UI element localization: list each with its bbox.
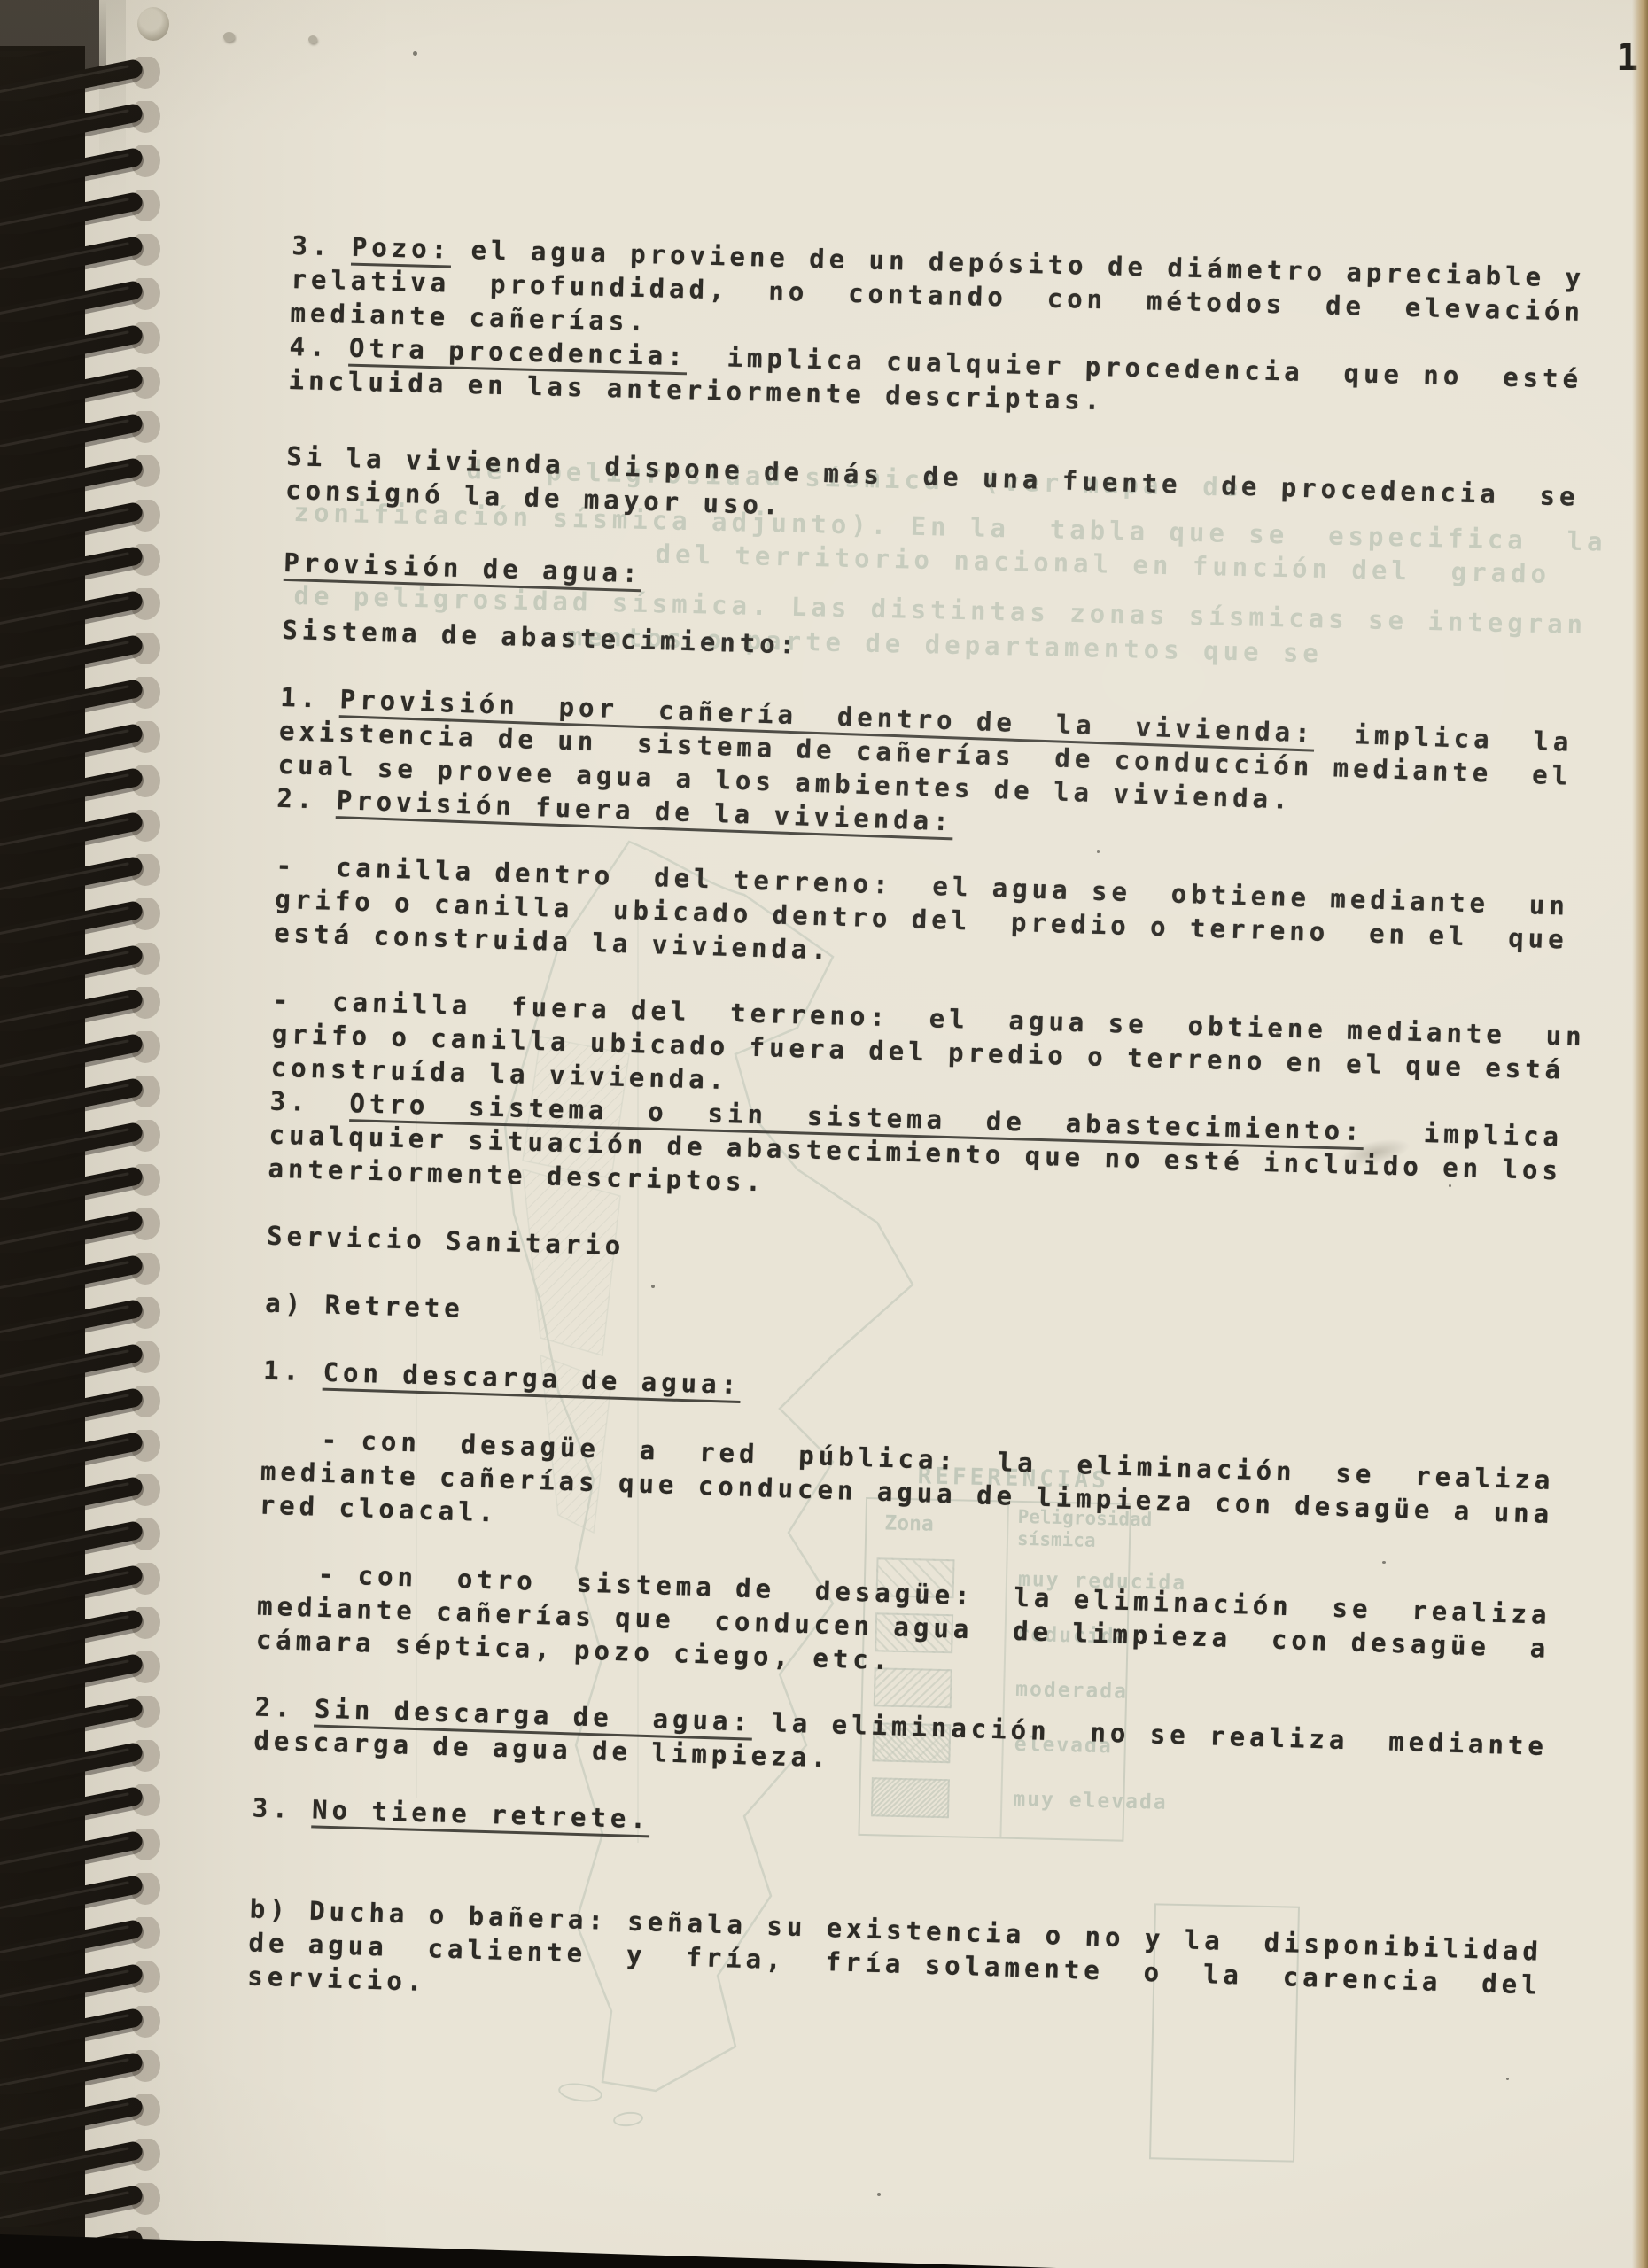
paragraph-pozo: 3. Pozo: el agua proviene de un depósito… — [288, 229, 1638, 431]
paragraph-canilla-fuera: - canilla fuera del terreno: el agua se … — [268, 983, 1620, 1223]
paragraph-desague-red-publica: - con desagüe a red pública: la eliminac… — [259, 1421, 1608, 1566]
ink-speck — [1097, 850, 1100, 853]
paragraph-ducha-banera: b) Ducha o bañera: señala su existencia … — [247, 1891, 1597, 2037]
ink-speck — [1506, 2078, 1509, 2080]
ink-speck — [413, 51, 417, 56]
paragraph-canilla-dentro: - canilla dentro del terreno: el agua se… — [274, 849, 1623, 992]
ink-speck — [651, 1285, 655, 1288]
ink-speck — [877, 2193, 881, 2196]
spiral-binding — [0, 0, 204, 2268]
heading-sistema-abastecimiento: Sistema de abastecimiento: — [282, 613, 1629, 686]
ink-speck — [1449, 1184, 1451, 1187]
ink-speck — [1382, 1561, 1386, 1564]
paragraph-sin-descarga: 2. Sin descarga de agua: la eliminación … — [253, 1689, 1602, 1798]
page-right-edge — [1632, 0, 1648, 2268]
paragraph-provision-caneria: 1. Provisión por cañería dentro de la vi… — [276, 680, 1627, 862]
paper-dent — [308, 35, 317, 43]
heading-retrete: a) Retrete — [265, 1286, 1612, 1357]
heading-provision-de-agua: Provisión de agua: — [284, 546, 1630, 620]
paragraph-fuente-procedencia: Si la vivienda dispone de más de una fue… — [285, 439, 1634, 549]
typewritten-text-block: 3. Pozo: el agua proviene de un depósito… — [247, 229, 1639, 2061]
heading-no-tiene-retrete: 3. No tiene retrete. — [252, 1790, 1598, 1863]
heading-con-descarga: 1. Con descarga de agua: — [263, 1354, 1610, 1428]
paper-dent — [223, 32, 235, 42]
paragraph-otro-sistema-desague: - con otro sistema de desagüe: la elimin… — [255, 1556, 1605, 1701]
ink-speck — [1276, 1032, 1279, 1035]
heading-servicio-sanitario: Servicio Sanitario — [267, 1219, 1613, 1292]
scanned-page: de peligrosidad sísmica (ver mapa de zon… — [0, 0, 1648, 2268]
